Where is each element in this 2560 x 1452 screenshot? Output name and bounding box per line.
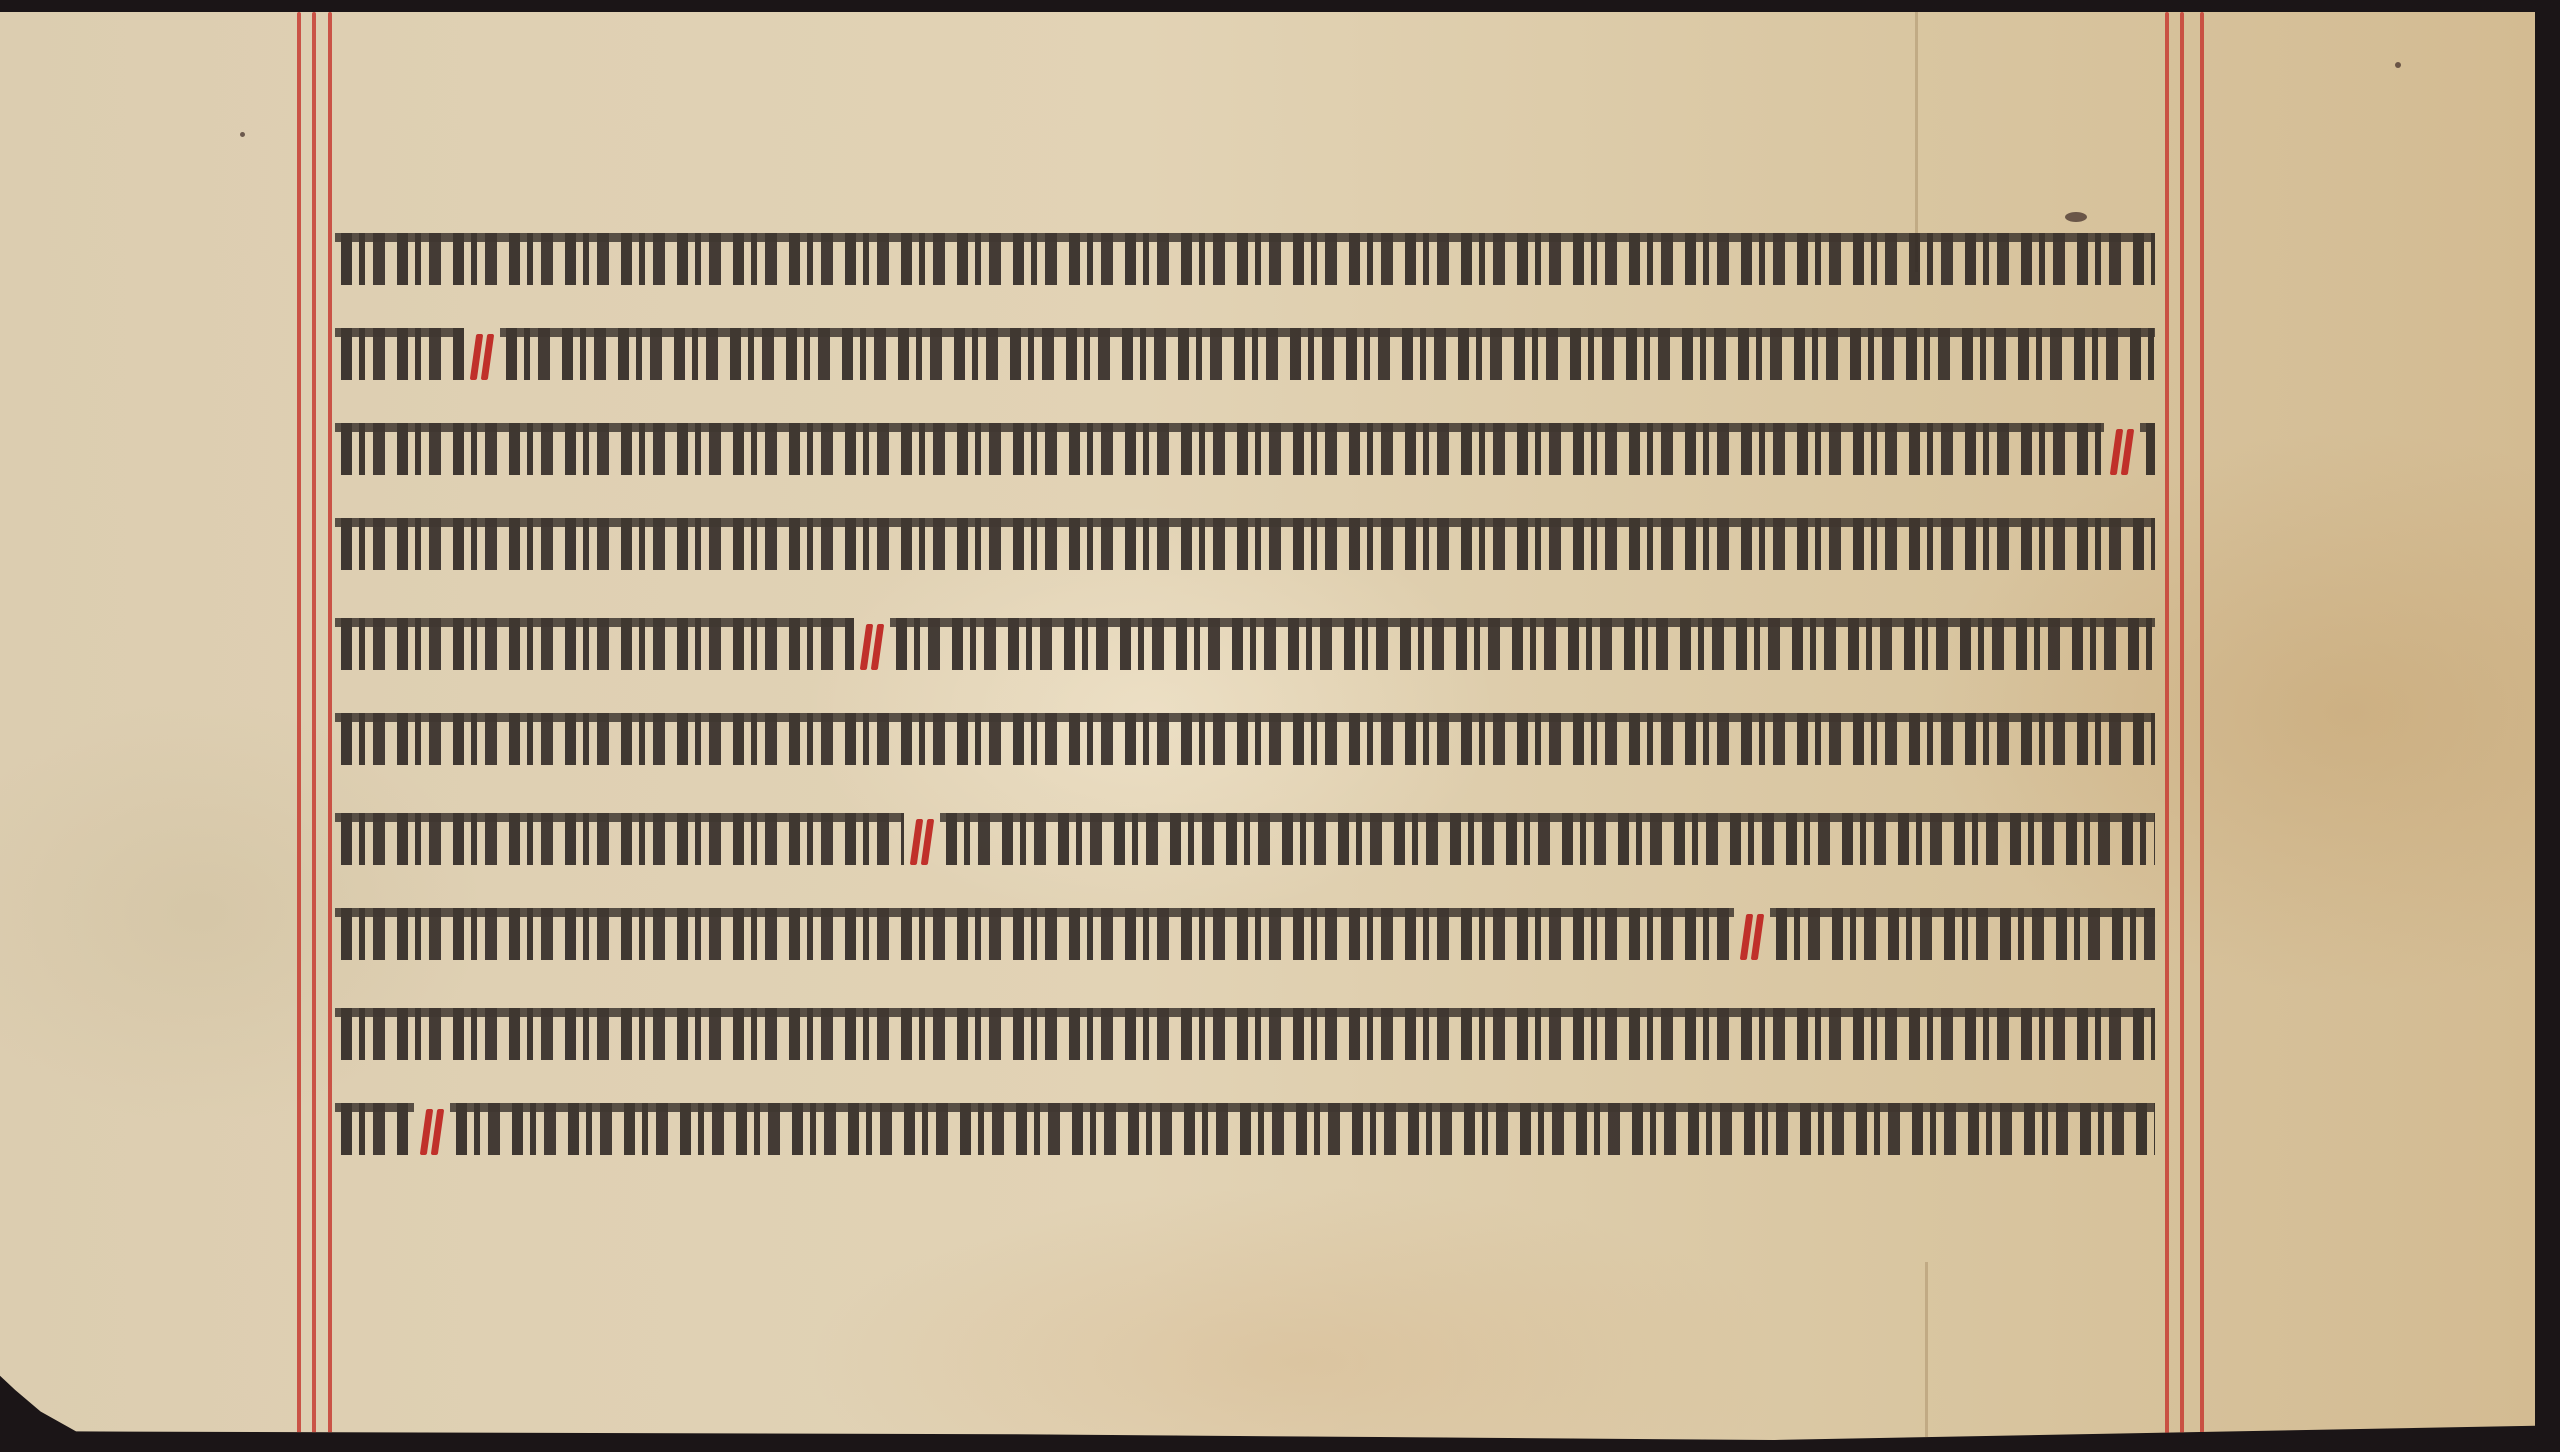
- red-danda-mark: [860, 620, 884, 670]
- script-line: [940, 807, 2155, 865]
- script-line: [335, 807, 904, 865]
- script-line: [1770, 902, 2155, 960]
- red-danda-mark: [910, 815, 934, 865]
- text-row: [335, 990, 2155, 1060]
- ink-spot: [2395, 62, 2401, 68]
- red-danda-mark: [420, 1105, 444, 1155]
- script-line: [335, 227, 2155, 285]
- ink-spot: [240, 132, 245, 137]
- script-line: [890, 612, 2155, 670]
- left-margin-rule: [297, 12, 301, 1440]
- text-row: [335, 890, 2155, 960]
- right-margin-rule: [2165, 12, 2169, 1440]
- right-margin-rule: [2200, 12, 2204, 1440]
- red-danda-mark: [1740, 910, 1764, 960]
- script-line: [335, 512, 2155, 570]
- text-row: [335, 695, 2155, 765]
- script-line: [2140, 417, 2155, 475]
- text-row: [335, 500, 2155, 570]
- red-danda-mark: [470, 330, 494, 380]
- text-row: [335, 310, 2155, 380]
- text-row: [335, 405, 2155, 475]
- script-line: [335, 1002, 2155, 1060]
- script-line: [335, 1097, 414, 1155]
- left-margin-rule: [312, 12, 316, 1440]
- manuscript-folio: Manuscript folio with handwritten script…: [0, 12, 2535, 1440]
- red-danda-mark: [2110, 425, 2134, 475]
- script-line: [335, 322, 464, 380]
- paper-crease: [1925, 1262, 1928, 1442]
- left-margin-rule: [328, 12, 332, 1440]
- script-line: [450, 1097, 2155, 1155]
- text-row: [335, 795, 2155, 865]
- right-margin-rule: [2180, 12, 2184, 1440]
- script-line: [335, 902, 1734, 960]
- text-row: [335, 215, 2155, 285]
- text-row: [335, 1085, 2155, 1155]
- script-line: [335, 417, 2104, 475]
- script-line: [335, 612, 854, 670]
- text-row: [335, 600, 2155, 670]
- script-line: [335, 707, 2155, 765]
- script-line: [500, 322, 2155, 380]
